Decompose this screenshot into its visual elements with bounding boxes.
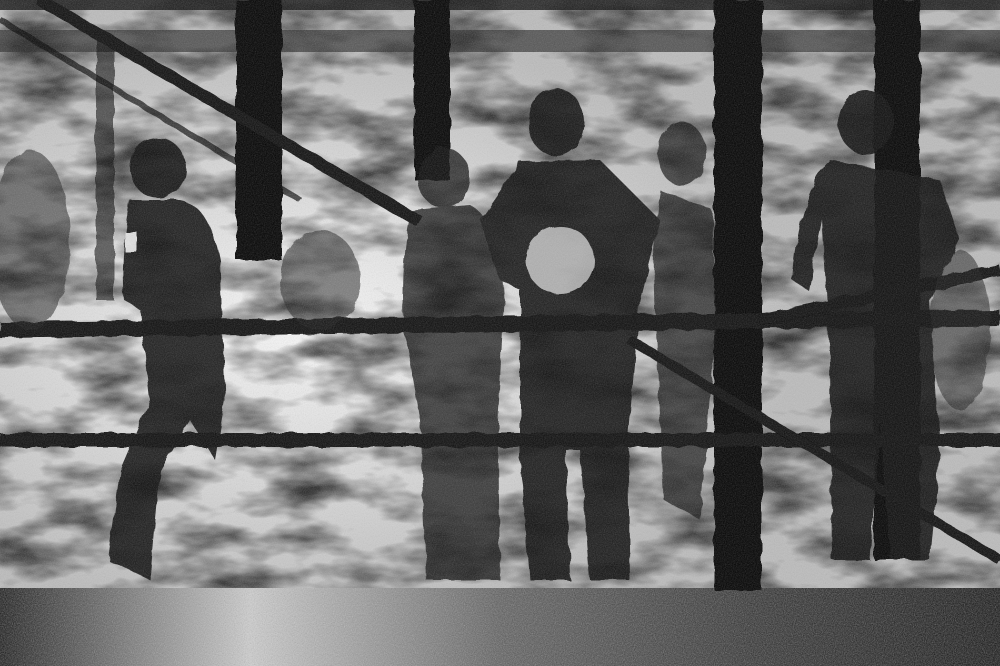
photograph (0, 0, 1000, 666)
photo-canvas (0, 0, 1000, 666)
film-grain (0, 0, 1000, 666)
